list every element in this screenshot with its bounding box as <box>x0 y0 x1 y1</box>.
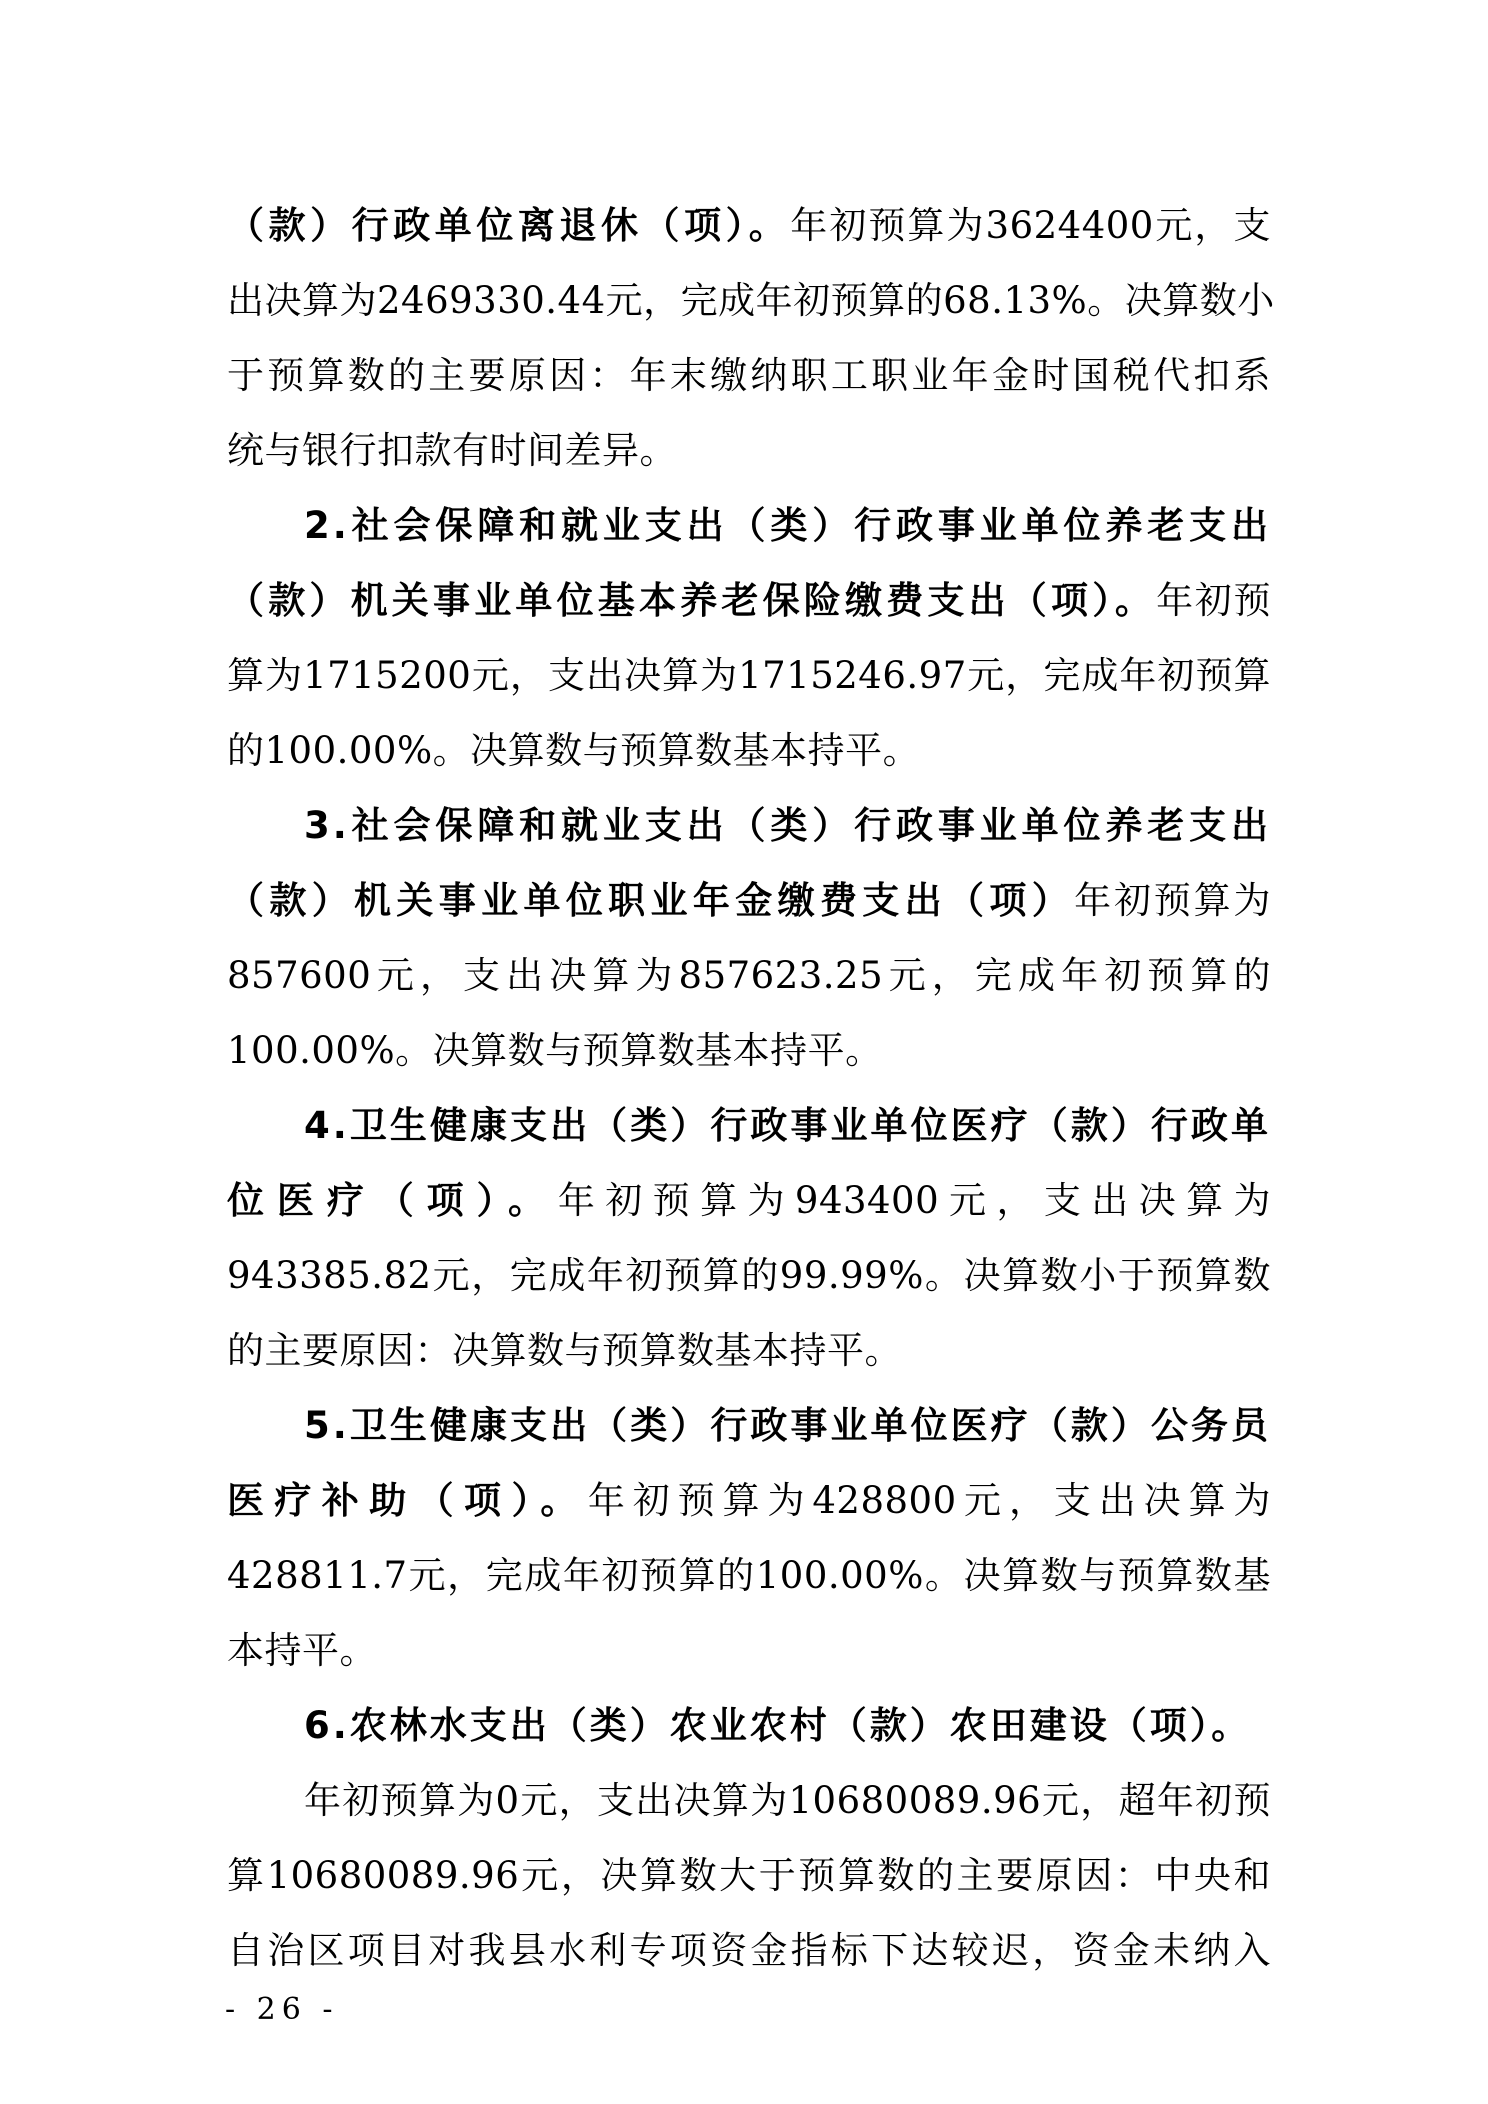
item-body: 算为1715200元，支出决算为1715246.97元，完成年初预算 <box>227 654 1271 697</box>
page-number: - 26 - <box>225 1992 339 2027</box>
item-heading: 4.卫生健康支出（类）行政事业单位医疗（款）行政单 <box>304 1104 1271 1147</box>
item-body: 857600元，支出决算为857623.25元，完成年初预算的 <box>227 954 1271 997</box>
item-heading: （款）机关事业单位基本养老保险缴费支出（项）。 <box>227 579 1156 622</box>
item-body: 年初预算为428800元，支出决算为 <box>588 1479 1271 1522</box>
item-heading: 2.社会保障和就业支出（类）行政事业单位养老支出 <box>304 504 1271 547</box>
paragraph-1-line-2: 出决算为2469330.44元，完成年初预算的68.13%。决算数小 <box>227 271 1271 346</box>
item-body: 428811.7元，完成年初预算的100.00%。决算数与预算数基 <box>227 1554 1271 1597</box>
item-body: 943385.82元，完成年初预算的99.99%。决算数小于预算数 <box>227 1254 1271 1297</box>
paragraph-5-line-2: 医疗补助（项）。年初预算为428800元，支出决算为 <box>227 1471 1271 1546</box>
paragraph-6-line-3: 自治区项目对我县水利专项资金指标下达较迟，资金未纳入 <box>227 1921 1271 1996</box>
item-body: 出决算为2469330.44元，完成年初预算的68.13%。决算数小 <box>227 279 1275 322</box>
paragraph-1-line-4: 统与银行扣款有时间差异。 <box>227 421 1271 496</box>
item-heading: 位医疗（项）。 <box>227 1179 558 1222</box>
paragraph-6-line-2: 算10680089.96元，决算数大于预算数的主要原因：中央和 <box>227 1846 1271 1921</box>
item-body: 的主要原因：决算数与预算数基本持平。 <box>227 1329 902 1372</box>
paragraph-4-line-4: 的主要原因：决算数与预算数基本持平。 <box>227 1321 1271 1396</box>
paragraph-4-line-2: 位医疗（项）。年初预算为943400元，支出决算为 <box>227 1171 1271 1246</box>
paragraph-5-line-1: 5.卫生健康支出（类）行政事业单位医疗（款）公务员 <box>227 1396 1271 1471</box>
item-heading: （款）行政单位离退休（项）。 <box>227 204 790 247</box>
paragraph-6-line-1: 年初预算为0元，支出决算为10680089.96元，超年初预 <box>227 1771 1271 1846</box>
item-body: 年初预 <box>1156 579 1271 622</box>
paragraph-1-line-1: （款）行政单位离退休（项）。年初预算为3624400元，支 <box>227 196 1271 271</box>
paragraph-3-line-2: （款）机关事业单位职业年金缴费支出（项）年初预算为 <box>227 871 1271 946</box>
paragraph-2-line-4: 的100.00%。决算数与预算数基本持平。 <box>227 721 1271 796</box>
item-heading: 3.社会保障和就业支出（类）行政事业单位养老支出 <box>304 804 1271 847</box>
item-body: 的100.00%。决算数与预算数基本持平。 <box>227 729 920 772</box>
item-body: 于预算数的主要原因：年末缴纳职工职业年金时国税代扣系 <box>227 354 1271 397</box>
item-body: 年初预算为0元，支出决算为10680089.96元，超年初预 <box>304 1779 1271 1822</box>
paragraph-2-line-1: 2.社会保障和就业支出（类）行政事业单位养老支出 <box>227 496 1271 571</box>
item-body: 年初预算为943400元，支出决算为 <box>558 1179 1271 1222</box>
body-text: （款）行政单位离退休（项）。年初预算为3624400元，支 出决算为246933… <box>227 196 1271 1996</box>
paragraph-2-line-2: （款）机关事业单位基本养老保险缴费支出（项）。年初预 <box>227 571 1271 646</box>
item-heading: 6.农林水支出（类）农业农村（款）农田建设（项）。 <box>304 1704 1251 1747</box>
paragraph-3-line-3: 857600元，支出决算为857623.25元，完成年初预算的 <box>227 946 1271 1021</box>
item-body: 100.00%。决算数与预算数基本持平。 <box>227 1029 883 1072</box>
paragraph-4-line-3: 943385.82元，完成年初预算的99.99%。决算数小于预算数 <box>227 1246 1271 1321</box>
paragraph-5-line-3: 428811.7元，完成年初预算的100.00%。决算数与预算数基 <box>227 1546 1271 1621</box>
document-page: （款）行政单位离退休（项）。年初预算为3624400元，支 出决算为246933… <box>0 0 1488 2104</box>
paragraph-6-heading: 6.农林水支出（类）农业农村（款）农田建设（项）。 <box>227 1696 1271 1771</box>
item-heading: 5.卫生健康支出（类）行政事业单位医疗（款）公务员 <box>304 1404 1271 1447</box>
item-body: 年初预算为 <box>1074 879 1271 922</box>
item-heading: 医疗补助（项）。 <box>227 1479 588 1522</box>
paragraph-3-line-1: 3.社会保障和就业支出（类）行政事业单位养老支出 <box>227 796 1271 871</box>
item-body: 年初预算为3624400元，支 <box>790 204 1271 247</box>
item-body: 自治区项目对我县水利专项资金指标下达较迟，资金未纳入 <box>227 1929 1271 1972</box>
paragraph-5-line-4: 本持平。 <box>227 1621 1271 1696</box>
paragraph-2-line-3: 算为1715200元，支出决算为1715246.97元，完成年初预算 <box>227 646 1271 721</box>
item-heading: （款）机关事业单位职业年金缴费支出（项） <box>227 879 1074 922</box>
item-body: 统与银行扣款有时间差异。 <box>227 429 677 472</box>
paragraph-1-line-3: 于预算数的主要原因：年末缴纳职工职业年金时国税代扣系 <box>227 346 1271 421</box>
item-body: 本持平。 <box>227 1629 377 1672</box>
item-body: 算10680089.96元，决算数大于预算数的主要原因：中央和 <box>227 1854 1271 1897</box>
paragraph-3-line-4: 100.00%。决算数与预算数基本持平。 <box>227 1021 1271 1096</box>
paragraph-4-line-1: 4.卫生健康支出（类）行政事业单位医疗（款）行政单 <box>227 1096 1271 1171</box>
